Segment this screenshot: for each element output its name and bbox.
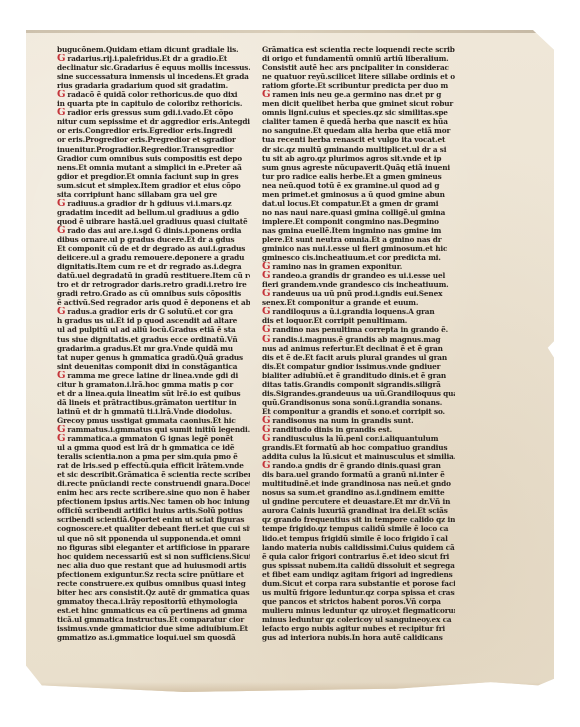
line-text: pfectionem exiguntur.Sz recta scire pnũt…	[57, 570, 244, 579]
line-text: et dr a linea.quia lineatim sũt lrẽ.io e…	[57, 389, 240, 398]
line-text: dignitatis.Item cum re et dr regrado as.…	[57, 262, 241, 271]
text-line: gdior et pregdior.Et omnia faciunt sup i…	[57, 172, 250, 181]
text-line: inuenitur.Progradior.Regredior.Transgred…	[57, 145, 250, 154]
line-text: lido.et tempus frigidũ simile ẽ loco fri…	[262, 534, 448, 543]
line-text: randis.i.magnus.ẽ grandis ab magnus.mag	[272, 335, 440, 344]
line-text: men primet.et gminosus a ũ quod gmine ab…	[262, 190, 445, 199]
line-text: dis.Et compatur gndior issimus.vnde gndi…	[262, 362, 440, 371]
line-text: radacõ ẽ quidã color rethoricus.de quo d…	[67, 90, 237, 99]
line-text: dibus ornare.ul p gradus ducere.Et dr a …	[57, 235, 234, 244]
line-text: no sanguine.Et quedam alia herba que eti…	[262, 126, 450, 135]
text-line: bialiter adiubiũ.et ẽ granditudo dinis.e…	[262, 371, 455, 380]
rubricated-initial: G	[262, 289, 270, 298]
text-line: aurora Cainis luxuriã grandinat ira dei.…	[262, 506, 455, 515]
line-text: rat de lris.sed p effectũ.quia efficit l…	[57, 461, 244, 470]
line-text: Grecoy pmus usstigat gmmata caonius.Et h…	[57, 416, 236, 425]
text-line: ticã.ul gmmatica instructus.Et comparatu…	[57, 615, 250, 624]
line-text: gmmatoy theca.i.lrãy repositoriũ ethymol…	[57, 597, 238, 606]
line-text: citur h gramaton.i.lrã.hoc gmma matis p …	[57, 380, 233, 389]
line-text: radarius.rij.i.palefridus.Et dr a gradio…	[67, 54, 227, 63]
text-line: nas gmina euellẽ.Item ingmino nas gmine …	[262, 226, 455, 235]
text-line: no sanguine.Et quedam alia herba que eti…	[262, 126, 455, 135]
text-line: quũ.Grandisonus sona sonũ.i.grandia sona…	[262, 398, 455, 407]
text-line: dibus ornare.ul p gradus ducere.Et dr a …	[57, 235, 250, 244]
text-line: tro et dr retrogrador daris.retro gradi.…	[57, 280, 250, 289]
line-text: no nas naui nare.quasi gmina colligẽ.ul …	[262, 208, 445, 217]
line-text: men dicit quelibet herba que gminet sicu…	[262, 99, 453, 108]
line-text: officiũ scribendi artifici huius artis.S…	[57, 506, 242, 515]
line-text: rammatus.i.gmmatus qui sumit initiũ lege…	[67, 425, 250, 434]
line-text: or eris.Congredior eris.Egredior eris.In…	[57, 126, 232, 135]
line-text: multitudinẽ.et inde grandinosa nas neũ.e…	[262, 479, 451, 488]
text-line: hoc quidem necessariũ est si non suffici…	[57, 552, 250, 561]
text-line: rat de lris.sed p effectũ.quia efficit l…	[57, 461, 250, 470]
line-text: di.recte pnũciandi recte construendi gna…	[57, 479, 250, 488]
text-line: Gradior cum omnibus suis compositis est …	[57, 154, 250, 163]
text-line: enim hec ars recte scribere.sine quo non…	[57, 488, 250, 497]
line-text: cognoscere.et qualiter debeant fieri.et …	[57, 524, 250, 533]
text-line: Grandiloquus a ũ.i.grandia loquens.A gra…	[262, 307, 455, 316]
line-text: fieri grandem.vnde grandesco cis incheat…	[262, 280, 449, 289]
text-line: scribendi scientiã.Oportet enim ut sciat…	[57, 515, 250, 524]
text-line: dis bara.uel grando formatũ a granũ ni.i…	[262, 470, 455, 479]
line-text: gminico nas nui.i.esse ul fieri gminosum…	[262, 244, 447, 253]
line-text: lando materia nubis calidissimi.Cuius qu…	[262, 543, 455, 552]
line-text: dr sic.qz multũ gminando multiplicet.ul …	[262, 145, 446, 154]
rubricated-initial: G	[262, 307, 270, 316]
line-text: ditas tatis.Grandis componit sigrandis.s…	[262, 380, 441, 389]
line-text: enim hec ars recte scribere.sine quo non…	[57, 488, 250, 497]
line-text: ramino nas in gramen exponitur.	[272, 262, 402, 271]
text-line: grandis.Et formatũ ab hoc compatiuo gran…	[262, 443, 455, 452]
text-column-left: bugucõnem.Quidam etiam dicunt gradiale l…	[57, 45, 250, 642]
text-line: ul gndine percutere et deuastare.Et mr d…	[262, 497, 455, 506]
line-text: sum.sicut et simplex.Item gradior et eiu…	[57, 181, 241, 190]
text-line: nec alia duo que restant que ad huiusmod…	[57, 561, 250, 570]
rubricated-initial: G	[262, 434, 270, 443]
text-line: nus ad animus refertur.Et declinat ẽ et …	[262, 344, 455, 353]
line-text: nus ad animus refertur.Et declinat ẽ et …	[262, 344, 443, 353]
line-text: no figuras sibi eleganter et artificiose…	[57, 543, 250, 552]
text-line: dis.Et compatur gndior issimus.vnde gndi…	[262, 362, 455, 371]
text-line: in quarta pte in capitulo de coloribz re…	[57, 99, 250, 108]
line-text: rammatica.a gmmaton G ignas legẽ ponẽt	[67, 434, 233, 443]
line-text: gradi retro.Grado as cũ omnibus suis cõp…	[57, 289, 241, 298]
line-text: mulieru minus leduntur qz uiroy.et flegm…	[262, 606, 455, 615]
text-line: et fibet eam undiqz agitam frigori ad in…	[262, 570, 455, 579]
rubricated-initial: G	[57, 54, 65, 63]
line-text: Et componitur a grandis et sono.et corri…	[262, 407, 445, 416]
line-text: teralis scientia.non a pma per sim.quia …	[57, 452, 238, 461]
line-text: us multũ frigore leduntur.qz corpa spiss…	[262, 588, 455, 597]
rubricated-initial: G	[262, 325, 270, 334]
line-text: plere.Et sunt neutra omnia.Et a gmino na…	[262, 235, 441, 244]
line-text: radior eris gressus sum gdi.i.vado.Et cõ…	[67, 108, 233, 117]
text-line: sine successatura inmensis ul incedens.E…	[57, 72, 250, 81]
line-text: radus.a gradior eris dr G solutũ.et cor …	[67, 307, 233, 316]
line-text: dã lineis et prãtractibus.grãmaton uerti…	[57, 398, 236, 407]
text-line: datũ.uel degradatũ in gradũ restituere.I…	[57, 271, 250, 280]
text-line: Grammatica.a gmmaton G ignas legẽ ponẽt	[57, 434, 250, 443]
text-line: or eris.Congredior eris.Egredior eris.In…	[57, 126, 250, 135]
text-line: Grammatus.i.gmmatus qui sumit initiũ leg…	[57, 425, 250, 434]
text-line: recte construere.ex quibus omnibus quasi…	[57, 579, 250, 588]
text-line: Gramen inis neu ge.a germino nas dr.et p…	[262, 90, 455, 99]
line-text: nens.Et omnia mutant a simplici in e.Pre…	[57, 163, 242, 172]
line-text: tur pro radice ealis herbe.Et a gmen gmi…	[262, 172, 442, 181]
line-text: randino nas penultima correpta in grando…	[272, 325, 448, 334]
line-text: rado das aui are.i.sgd G dinis.i.ponens …	[67, 226, 241, 235]
text-line: dis.Sigrandes.grandeuus ua uũ.Grandiloqu…	[262, 389, 455, 398]
text-line: addita culus la lũ.sicut et mainusculus …	[262, 452, 455, 461]
line-text: latinũ et dr h gmmatũ ti.i.lrã.Vnde diod…	[57, 407, 232, 416]
text-line: lido.et tempus frigidũ simile ẽ loco fri…	[262, 534, 455, 543]
line-text: hoc quidem necessariũ est si non suffici…	[57, 552, 250, 561]
line-text: biter hec ars consistit.Qz autẽ dr gmmat…	[57, 588, 250, 597]
line-text: dis bara.uel grando formatũ a granũ ni.i…	[262, 470, 445, 479]
line-text: est.et hinc gmmaticus ea cũ pertinens ad…	[57, 606, 247, 615]
rubricated-initial: G	[262, 425, 270, 434]
text-line: dr sic.qz multũ gminando multiplicet.ul …	[262, 145, 455, 154]
text-line: gminico nas nui.i.esse ul fieri gminosum…	[262, 244, 455, 253]
text-line: Grandiusculus la lũ.penl cor.i.aliquantu…	[262, 434, 455, 443]
text-line: ẽ activũ.Sed regrador aris quod ẽ depone…	[57, 298, 250, 307]
line-text: nas gmina euellẽ.Item ingmino nas gmine …	[262, 226, 441, 235]
text-line: dum.Sicut et corpa rara substantie et po…	[262, 579, 455, 588]
line-text: randeuus ua uũ pnũ prod.i.gndis eui.Sene…	[272, 289, 442, 298]
line-text: ul que nõ sit pponenda ul supponenda.et …	[57, 534, 241, 543]
text-line: tat nuper genus h gmmatica gradũ.Quã gra…	[57, 353, 250, 362]
line-text: addita culus la lũ.sicut et mainusculus …	[262, 452, 455, 461]
line-text: ul ad pulpitũ ul ad aliũ locũ.Gradus eti…	[57, 325, 236, 334]
line-text: issimus.vnde gmmaticior due sime adiuibi…	[57, 624, 248, 633]
text-line: nens.Et omnia mutant a simplici in e.Pre…	[57, 163, 250, 172]
text-line: deiicere.ul a gradu remouere.deponere a …	[57, 253, 250, 262]
line-text: gradarim.a gradus.Et mr gra.Vnde quidã m…	[57, 344, 233, 353]
text-line: Gramino nas in gramen exponitur.	[262, 262, 455, 271]
line-text: ne quatuor reyũ.scilicet litere sillabe …	[262, 72, 455, 81]
rubricated-initial: G	[262, 90, 270, 99]
text-line: gradarim.a gradus.Et mr gra.Vnde quidã m…	[57, 344, 250, 353]
line-text: quod ẽ uibrare hastã.uel gradiuus quasi …	[57, 217, 248, 226]
line-text: dat.ul locus.Et compatur.Et a gmen dr gr…	[262, 199, 438, 208]
line-text: senex.Et componitur a grande et euum.	[262, 298, 418, 307]
text-line: et sic describit.Grãmatica ẽ scientia re…	[57, 470, 250, 479]
line-text: ul gndine percutere et deuastare.Et mr d…	[262, 497, 450, 506]
line-text: rando.a gndis dr ẽ grando dinis.quasi gr…	[272, 461, 440, 470]
text-line: que pancos et strictos habent poros.Vñ c…	[262, 597, 455, 606]
line-text: gmmatizo as.i.gmmatice loqui.uel sm quos…	[57, 633, 236, 642]
text-line: ẽ quia calor frigori contrarius ẽ.et ide…	[262, 552, 455, 561]
text-line: Gradarius.rij.i.palefridus.Et dr a gradi…	[57, 54, 250, 63]
text-line: pfectionem exiguntur.Sz recta scire pnũt…	[57, 570, 250, 579]
line-text: sine successatura inmensis ul incedens.E…	[57, 72, 249, 81]
rubricated-initial: G	[262, 335, 270, 344]
text-line: quod ẽ uibrare hastã.uel gradiuus quasi …	[57, 217, 250, 226]
text-line: ratiom gforte.Et scribuntur predicta per…	[262, 81, 455, 90]
line-text: Consistit autẽ hec ars pncipaliter in co…	[262, 63, 449, 72]
text-line: di origo et fundamentũ omniũ artiũ liber…	[262, 54, 455, 63]
text-line: tur pro radice ealis herbe.Et a gmen gmi…	[262, 172, 455, 181]
rubricated-initial: G	[57, 434, 65, 443]
line-text: inuenitur.Progradior.Regredior.Transgred…	[57, 145, 233, 154]
text-line: dã lineis et prãtractibus.grãmaton uerti…	[57, 398, 250, 407]
text-line: Grandino nas penultima correpta in grand…	[262, 325, 455, 334]
text-line: gus spissat nubem.ita calidũ dissoluit e…	[262, 561, 455, 570]
rubricated-initial: G	[57, 199, 65, 208]
line-text: Grãmatica est scientia recte loquendi re…	[262, 45, 455, 54]
line-text: tat nuper genus h gmmatica gradũ.Quã gra…	[57, 353, 243, 362]
rubricated-initial: G	[57, 226, 65, 235]
text-line: biter hec ars consistit.Qz autẽ dr gmmat…	[57, 588, 250, 597]
line-text: ẽ quia calor frigori contrarius ẽ.et ide…	[262, 552, 449, 561]
text-line: nosus sa sum.et grandino as.i.gndinem em…	[262, 488, 455, 497]
line-text: declinatur sic.Gradarius ẽ equus mollis …	[57, 63, 250, 72]
text-line: declinatur sic.Gradarius ẽ equus mollis …	[57, 63, 250, 72]
line-text: nec alia duo que restant que ad huiusmod…	[57, 561, 246, 570]
text-line: nitur cum sepissime et dr aggredior eris…	[57, 117, 250, 126]
line-text: in quarta pte in capitulo de coloribz re…	[57, 99, 242, 108]
text-line: omnis ligni.cuius et species.qz sic simi…	[262, 108, 455, 117]
line-text: nosus sa sum.et grandino as.i.gndinem em…	[262, 488, 445, 497]
text-line: sum gnus agreste nũcupaverit.Quãq etiã i…	[262, 163, 455, 172]
text-line: et dr a linea.quia lineatim sũt lrẽ.io e…	[57, 389, 250, 398]
text-line: Grando.a gndis dr ẽ grando dinis.quasi g…	[262, 461, 455, 470]
line-text: et sic describit.Grãmatica ẽ scientia re…	[57, 470, 250, 479]
line-text: bialiter adiubiũ.et ẽ granditudo dinis.e…	[262, 371, 446, 380]
text-line: h gradus us ui.Et id p quod ascendit ad …	[57, 316, 250, 325]
text-line: dat.ul locus.Et compatur.Et a gmen dr gr…	[262, 199, 455, 208]
line-text: radiuus.a gradior dr h gdiuus vi.i.mars.…	[67, 199, 231, 208]
line-text: dum.Sicut et corpa rara substantie et po…	[262, 579, 455, 588]
line-text: gdior et pregdior.Et omnia faciunt sup i…	[57, 172, 238, 181]
line-text: sita corripiunt hanc sillabam gra uel gr…	[57, 190, 217, 199]
line-text: tus siue dignitatis.et gradus ecce ordin…	[57, 335, 238, 344]
text-line: fieri grandem.vnde grandesco cis incheat…	[262, 280, 455, 289]
text-line: nea neũ.quod totũ ẽ ex gramine.ul quod a…	[262, 181, 455, 190]
text-line: gmmatizo as.i.gmmatice loqui.uel sm quos…	[57, 633, 250, 642]
line-text: di origo et fundamentũ omniũ artiũ liber…	[262, 54, 449, 63]
line-text: ul a gmma quod est lrã dr h gmmatica ce …	[57, 443, 234, 452]
text-line: us multũ frigore leduntur.qz corpa spiss…	[262, 588, 455, 597]
line-text: qz grando frequentius sit in tempore cal…	[262, 515, 455, 524]
line-text: aurora Cainis luxuriã grandinat ira dei.…	[262, 506, 448, 515]
text-line: lefacto ergo nubis agitur nubes et recip…	[262, 624, 455, 633]
line-text: scribendi scientiã.Oportet enim ut sciat…	[57, 515, 244, 524]
leaf-top-edge	[26, 30, 554, 33]
text-line: lando materia nubis calidissimi.Cuius qu…	[262, 543, 455, 552]
line-text: randitudo dinis in grandis est.	[272, 425, 392, 434]
text-line: no nas naui nare.quasi gmina colligẽ.ul …	[262, 208, 455, 217]
text-line: no figuras sibi eleganter et artificiose…	[57, 543, 250, 552]
line-text: gradatim incedit ad bellum.ul gradiuus a…	[57, 208, 239, 217]
line-text: ramma me grece latine dr linea.vnde gdi …	[67, 371, 238, 380]
line-text: ticã.ul gmmatica instructus.Et comparatu…	[57, 615, 244, 624]
line-text: lefacto ergo nubis agitur nubes et recip…	[262, 624, 445, 633]
text-line: dignitatis.Item cum re et dr regrado as.…	[57, 262, 250, 271]
line-text: randiusculus la lũ.penl cor.i.aliquantul…	[272, 434, 438, 443]
text-line: cialiter tamen ẽ quedã herba que nascit …	[262, 117, 455, 126]
text-line: Granditudo dinis in grandis est.	[262, 425, 455, 434]
text-line: tu sit ab agro.qz plurimos agros sit.vnd…	[262, 154, 455, 163]
line-text: implere.Et componit congmino nas.Degmino	[262, 217, 439, 226]
line-text: randisonus na num in grandis sunt.	[272, 416, 413, 425]
text-line: Gramma me grece latine dr linea.vnde gdi…	[57, 371, 250, 380]
text-line: est.et hinc gmmaticus ea cũ pertinens ad…	[57, 606, 250, 615]
rubricated-initial: G	[262, 271, 270, 280]
line-text: randiloquus a ũ.i.grandia loquens.A gran	[272, 307, 434, 316]
text-line: Grecoy pmus usstigat gmmata caonius.Et h…	[57, 416, 250, 425]
line-text: grandis.Et formatũ ab hoc compatiuo gran…	[262, 443, 447, 452]
line-text: recte construere.ex quibus omnibus quasi…	[57, 579, 246, 588]
line-text: minus leduntur qz colericoy ul sanguineo…	[262, 615, 452, 624]
text-line: officiũ scribendi artifici huius artis.S…	[57, 506, 250, 515]
text-line: cognoscere.et qualiter debeant fieri.et …	[57, 524, 250, 533]
text-line: Consistit autẽ hec ars pncipaliter in co…	[262, 63, 455, 72]
text-line: Grandis.i.magnus.ẽ grandis ab magnus.mag	[262, 335, 455, 344]
rubricated-initial: G	[57, 307, 65, 316]
text-line: rius gradaria gradarium quod sit gradati…	[57, 81, 250, 90]
line-text: gus ad interiora nubis.In hora autẽ cali…	[262, 633, 443, 642]
text-line: Et componitur a grandis et sono.et corri…	[262, 407, 455, 416]
line-text: or eris.Progredior eris.Pregredior et sg…	[57, 135, 236, 144]
line-text: tua recenti herba renascit et vulgo ita …	[262, 135, 445, 144]
text-line: Gradiuus.a gradior dr h gdiuus vi.i.mars…	[57, 199, 250, 208]
line-text: gus spissat nubem.ita calidũ dissoluit e…	[262, 561, 455, 570]
text-line: sita corripiunt hanc sillabam gra uel gr…	[57, 190, 250, 199]
line-text: nitur cum sepissime et dr aggredior eris…	[57, 117, 250, 126]
rubricated-initial: G	[262, 262, 270, 271]
line-text: Gradior cum omnibus suis compositis est …	[57, 154, 242, 163]
line-text: ẽ activũ.Sed regrador aris quod ẽ depone…	[57, 298, 250, 307]
line-text: h gradus us ui.Et id p quod ascendit ad …	[57, 316, 237, 325]
line-text: omnis ligni.cuius et species.qz sic simi…	[262, 108, 448, 117]
text-line: Grandisonus na num in grandis sunt.	[262, 416, 455, 425]
rubricated-initial: G	[262, 416, 270, 425]
text-line: ul ad pulpitũ ul ad aliũ locũ.Gradus eti…	[57, 325, 250, 334]
line-text: dis et ẽ de.Et facit aruis plural grande…	[262, 353, 447, 362]
text-line: di.recte pnũciandi recte construendi gna…	[57, 479, 250, 488]
text-line: implere.Et componit congmino nas.Degmino	[262, 217, 455, 226]
text-line: men primet.et gminosus a ũ quod gmine ab…	[262, 190, 455, 199]
text-line: Gradus.a gradior eris dr G solutũ.et cor…	[57, 307, 250, 316]
line-text: tempe frigido.qz tempus calidũ simile ẽ …	[262, 524, 448, 533]
line-text: Et componit cũ de et dr degrado as aui.i…	[57, 244, 245, 253]
line-text: tro et dr retrogrador daris.retro gradi.…	[57, 280, 247, 289]
rubricated-initial: G	[262, 461, 270, 470]
text-line: plere.Et sunt neutra omnia.Et a gmino na…	[262, 235, 455, 244]
line-text: gminesco cis.incheatiuum.et cor predicta…	[262, 253, 441, 262]
text-line: ne quatuor reyũ.scilicet litere sillabe …	[262, 72, 455, 81]
line-text: que pancos et strictos habent poros.Vñ c…	[262, 597, 441, 606]
text-line: teralis scientia.non a pma per sim.quia …	[57, 452, 250, 461]
line-text: ratiom gforte.Et scribuntur predicta per…	[262, 81, 448, 90]
text-line: Gradacõ ẽ quidã color rethoricus.de quo …	[57, 90, 250, 99]
text-line: or eris.Progredior eris.Pregredior et sg…	[57, 135, 250, 144]
rubricated-initial: G	[57, 90, 65, 99]
line-text: et fibet eam undiqz agitam frigori ad in…	[262, 570, 453, 579]
line-text: nea neũ.quod totũ ẽ ex gramine.ul quod a…	[262, 181, 439, 190]
line-text: datũ.uel degradatũ in gradũ restituere.I…	[57, 271, 250, 280]
text-line: gminesco cis.incheatiuum.et cor predicta…	[262, 253, 455, 262]
text-line: dis et loquor.Et corripit penultimam.	[262, 316, 455, 325]
text-line: bugucõnem.Quidam etiam dicunt gradiale l…	[57, 45, 250, 54]
text-line: dis et ẽ de.Et facit aruis plural grande…	[262, 353, 455, 362]
line-text: sint deuenitas componit dixi in constãga…	[57, 362, 237, 371]
text-line: Grado das aui are.i.sgd G dinis.i.ponens…	[57, 226, 250, 235]
text-line: gmmatoy theca.i.lrãy repositoriũ ethymol…	[57, 597, 250, 606]
text-line: mulieru minus leduntur qz uiroy.et flegm…	[262, 606, 455, 615]
text-line: Gradior eris gressus sum gdi.i.vado.Et c…	[57, 108, 250, 117]
line-text: rius gradaria gradarium quod sit gradati…	[57, 81, 228, 90]
text-line: tus siue dignitatis.et gradus ecce ordin…	[57, 335, 250, 344]
rubricated-initial: G	[57, 425, 65, 434]
rubricated-initial: G	[57, 371, 65, 380]
leaf-bottom-edge	[26, 682, 554, 692]
line-text: randeo.a grandis dr grandeo es ui.i.esse…	[272, 271, 445, 280]
line-text: sum gnus agreste nũcupaverit.Quãq etiã i…	[262, 163, 450, 172]
text-line: citur h gramaton.i.lrã.hoc gmma matis p …	[57, 380, 250, 389]
line-text: quũ.Grandisonus sona sonũ.i.grandia sona…	[262, 398, 442, 407]
text-line: pfectionem ipsius artis.Nec tamen ob hoc…	[57, 497, 250, 506]
line-text: dis.Sigrandes.grandeuus ua uũ.Grandiloqu…	[262, 389, 455, 398]
text-line: minus leduntur qz colericoy ul sanguineo…	[262, 615, 455, 624]
text-line: tempe frigido.qz tempus calidũ simile ẽ …	[262, 524, 455, 533]
text-line: sint deuenitas componit dixi in constãga…	[57, 362, 250, 371]
text-line: ul a gmma quod est lrã dr h gmmatica ce …	[57, 443, 250, 452]
text-line: gus ad interiora nubis.In hora autẽ cali…	[262, 633, 455, 642]
line-text: cialiter tamen ẽ quedã herba que nascit …	[262, 117, 448, 126]
text-line: sum.sicut et simplex.Item gradior et eiu…	[57, 181, 250, 190]
text-line: multitudinẽ.et inde grandinosa nas neũ.e…	[262, 479, 455, 488]
text-line: Grandeuus ua uũ pnũ prod.i.gndis eui.Sen…	[262, 289, 455, 298]
text-line: qz grando frequentius sit in tempore cal…	[262, 515, 455, 524]
text-line: men dicit quelibet herba que gminet sicu…	[262, 99, 455, 108]
text-line: issimus.vnde gmmaticior due sime adiuibi…	[57, 624, 250, 633]
text-line: ul que nõ sit pponenda ul supponenda.et …	[57, 534, 250, 543]
text-line: senex.Et componitur a grande et euum.	[262, 298, 455, 307]
text-column-right: Grãmatica est scientia recte loquendi re…	[262, 45, 455, 642]
text-line: latinũ et dr h gmmatũ ti.i.lrã.Vnde diod…	[57, 407, 250, 416]
line-text: pfectionem ipsius artis.Nec tamen ob hoc…	[57, 497, 250, 506]
line-text: bugucõnem.Quidam etiam dicunt gradiale l…	[57, 45, 238, 54]
rubricated-initial: G	[57, 108, 65, 117]
text-line: Et componit cũ de et dr degrado as aui.i…	[57, 244, 250, 253]
text-line: ditas tatis.Grandis componit sigrandis.s…	[262, 380, 455, 389]
line-text: dis et loquor.Et corripit penultimam.	[262, 316, 407, 325]
text-line: gradi retro.Grado as cũ omnibus suis cõp…	[57, 289, 250, 298]
line-text: tu sit ab agro.qz plurimos agros sit.vnd…	[262, 154, 441, 163]
text-line: Grandeo.a grandis dr grandeo es ui.i.ess…	[262, 271, 455, 280]
line-text: deiicere.ul a gradu remouere.deponere a …	[57, 253, 244, 262]
text-line: tua recenti herba renascit et vulgo ita …	[262, 135, 455, 144]
line-text: ramen inis neu ge.a germino nas dr.et pr…	[272, 90, 441, 99]
text-line: gradatim incedit ad bellum.ul gradiuus a…	[57, 208, 250, 217]
text-line: Grãmatica est scientia recte loquendi re…	[262, 45, 455, 54]
